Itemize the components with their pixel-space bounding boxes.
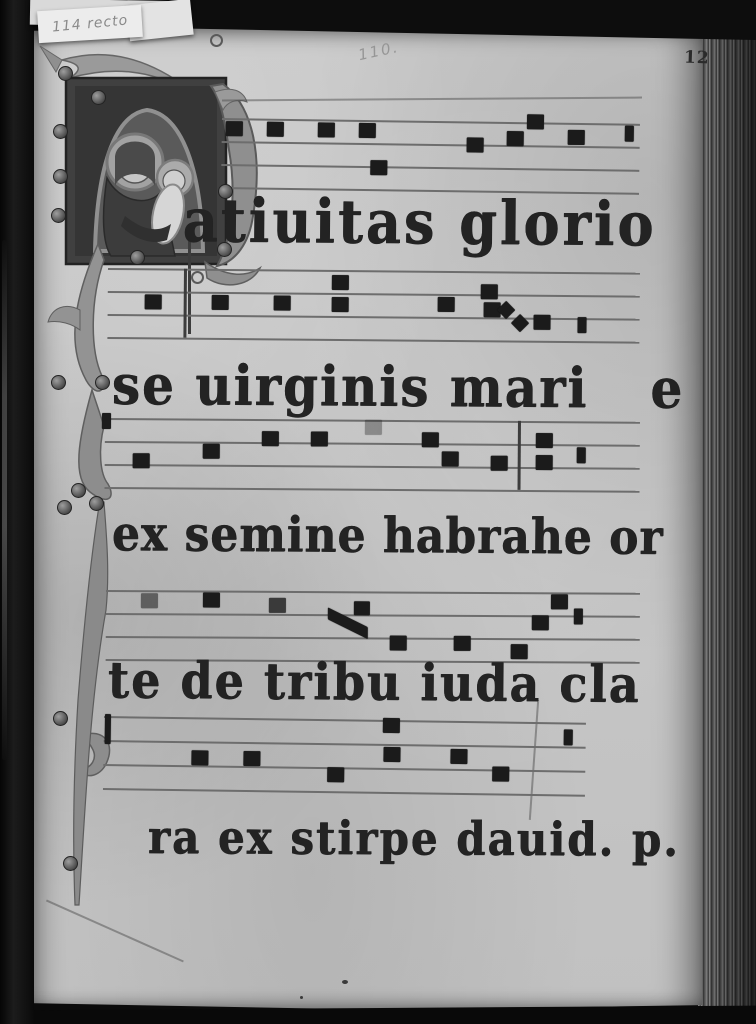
binding-cord (2, 240, 7, 760)
neume (450, 749, 467, 764)
gold-ball-icon (51, 375, 66, 390)
gold-ball-icon (51, 208, 66, 223)
chant-text: atiuitas glorio (182, 184, 656, 260)
neume (262, 431, 279, 446)
music-staff (103, 716, 586, 799)
gold-ball-icon (71, 483, 86, 498)
music-staff (104, 418, 639, 495)
neume (536, 433, 553, 448)
neume (203, 444, 220, 459)
gold-ball-icon (53, 711, 68, 726)
neume (327, 767, 344, 782)
neume (390, 635, 407, 650)
page-edge-stack (698, 30, 756, 1012)
gold-ball-icon (58, 66, 73, 81)
neume (481, 284, 498, 299)
ring-ornament-icon (191, 271, 204, 284)
chant-text: ra ex stirpe dauid. p. (148, 810, 680, 867)
gold-ball-icon (63, 856, 78, 871)
neume (527, 114, 544, 129)
neume (532, 615, 549, 630)
ink-speck (300, 996, 303, 999)
neume (332, 297, 349, 312)
neume (383, 718, 400, 733)
neume (507, 131, 524, 146)
neume (568, 130, 585, 145)
neume (102, 413, 111, 429)
neume (536, 455, 553, 470)
ring-ornament-icon (210, 34, 223, 47)
neume (311, 431, 328, 446)
staff-line (104, 740, 586, 748)
staff-barline (183, 269, 186, 338)
neume (243, 751, 260, 766)
ink-speck (342, 980, 348, 984)
chant-line-2: se uirginis marie (112, 352, 685, 421)
staff-line (105, 464, 640, 469)
neume (191, 750, 208, 765)
staff-line (108, 291, 640, 297)
chant-line-5: ra ex stirpe dauid. p. (148, 810, 680, 867)
gold-ball-icon (53, 169, 68, 184)
gold-ball-icon (53, 124, 68, 139)
gold-ball-icon (89, 496, 104, 511)
neume (577, 447, 586, 463)
neume (574, 608, 583, 624)
neume (442, 451, 459, 466)
gold-ball-icon (95, 375, 110, 390)
neume (422, 432, 439, 447)
neume (370, 160, 387, 175)
neume (269, 598, 286, 613)
neume (359, 123, 376, 138)
neume (212, 295, 229, 310)
chant-text: te de tribu iuda cla (107, 650, 640, 714)
neume (492, 766, 509, 781)
chant-line-3: ex semine habrahe or (112, 506, 664, 566)
chant-text: se uirginis mari (112, 352, 589, 420)
neume (454, 636, 471, 651)
neume (354, 601, 370, 615)
neume (332, 275, 349, 290)
neume (577, 317, 586, 333)
manuscript-photograph: 114 recto 110. 12 (0, 0, 756, 1024)
neume (551, 594, 568, 609)
neume (226, 121, 243, 136)
chant-differentia: e (650, 356, 684, 421)
music-staff (107, 268, 640, 346)
neume (274, 295, 291, 310)
chant-line-1: atiuitas glorio (182, 184, 656, 260)
neume (203, 593, 220, 608)
neume (133, 453, 150, 468)
neume (267, 122, 284, 137)
neume (365, 420, 382, 435)
gold-ball-icon (91, 90, 106, 105)
folio-number: 12 (684, 48, 710, 69)
neume (318, 122, 335, 137)
neume (467, 137, 484, 152)
staff-line (221, 164, 639, 171)
neume (438, 297, 455, 312)
gold-ball-icon (130, 250, 145, 265)
gold-ball-icon (57, 500, 72, 515)
staff-line (106, 636, 640, 640)
staff-line (105, 487, 640, 492)
neume (105, 714, 111, 744)
neume (564, 729, 573, 745)
neume (145, 294, 162, 309)
neume (141, 593, 158, 608)
chant-text: ex semine habrahe or (112, 506, 664, 566)
chant-line-4: te de tribu iuda cla (107, 650, 640, 714)
neume (625, 126, 634, 142)
neume (491, 456, 508, 471)
neume (533, 315, 550, 330)
neume (383, 747, 400, 762)
staff-line (105, 441, 640, 446)
staff-barline (518, 421, 521, 490)
staff-line (106, 613, 640, 617)
staff-line (108, 314, 640, 320)
